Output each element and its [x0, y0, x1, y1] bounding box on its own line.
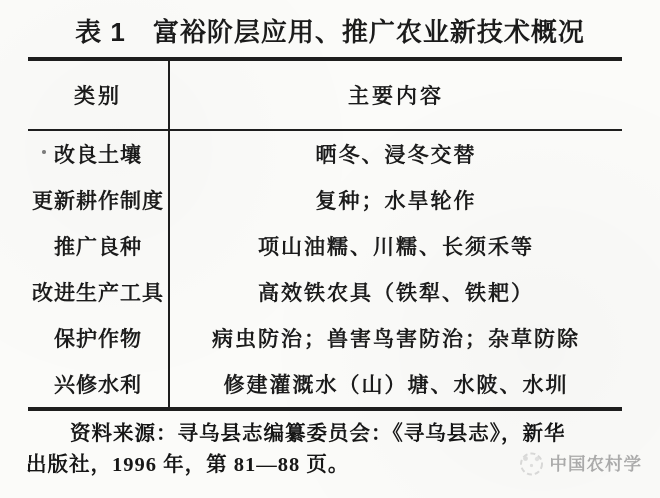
- watermark-label: 中国农村学: [550, 451, 643, 476]
- row-category: 更新耕作制度: [28, 177, 170, 223]
- table-header-row: 类别 主要内容: [28, 61, 622, 131]
- header-cell-content: 主要内容: [170, 61, 622, 129]
- row-content: 高效铁农具（铁犁、铁耙）: [170, 269, 622, 315]
- row-content: 修建灌溉水（山）塘、水陂、水圳: [170, 361, 622, 407]
- table-row: 保护作物 病虫防治；兽害鸟害防治；杂草防除: [28, 315, 622, 361]
- table-row: 兴修水利 修建灌溉水（山）塘、水陂、水圳: [28, 361, 622, 407]
- row-content: 项山油糯、川糯、长须禾等: [170, 223, 622, 269]
- watermark: 中国农村学: [518, 450, 643, 477]
- source-note-line1: 资料来源：寻乌县志编纂委员会：《寻乌县志》，新华: [26, 419, 611, 450]
- header-cell-category: 类别: [28, 61, 170, 129]
- table-row: 改进生产工具 高效铁农具（铁犁、铁耙）: [28, 269, 622, 315]
- table-title: 表 1 富裕阶层应用、推广农业新技术概况: [0, 12, 660, 49]
- row-content: 复种；水旱轮作: [170, 177, 622, 223]
- row-category: 兴修水利: [28, 361, 170, 407]
- row-content: 病虫防治；兽害鸟害防治；杂草防除: [170, 315, 622, 361]
- row-content: 晒冬、浸冬交替: [170, 131, 622, 177]
- scan-speck: [42, 150, 46, 154]
- data-table: 类别 主要内容 改良土壤 晒冬、浸冬交替 更新耕作制度 复种；水旱轮作 推广良种…: [28, 57, 622, 411]
- table-row: 推广良种 项山油糯、川糯、长须禾等: [28, 223, 622, 269]
- row-category: 改进生产工具: [28, 269, 170, 315]
- table-row: 更新耕作制度 复种；水旱轮作: [28, 177, 622, 223]
- scanned-document-page: 表 1 富裕阶层应用、推广农业新技术概况 类别 主要内容 改良土壤 晒冬、浸冬交…: [0, 0, 660, 498]
- row-category: 改良土壤: [28, 131, 170, 177]
- table-row: 改良土壤 晒冬、浸冬交替: [28, 131, 622, 177]
- row-category: 保护作物: [28, 315, 170, 361]
- row-category: 推广良种: [28, 223, 170, 269]
- watermark-seal-icon: [518, 450, 545, 477]
